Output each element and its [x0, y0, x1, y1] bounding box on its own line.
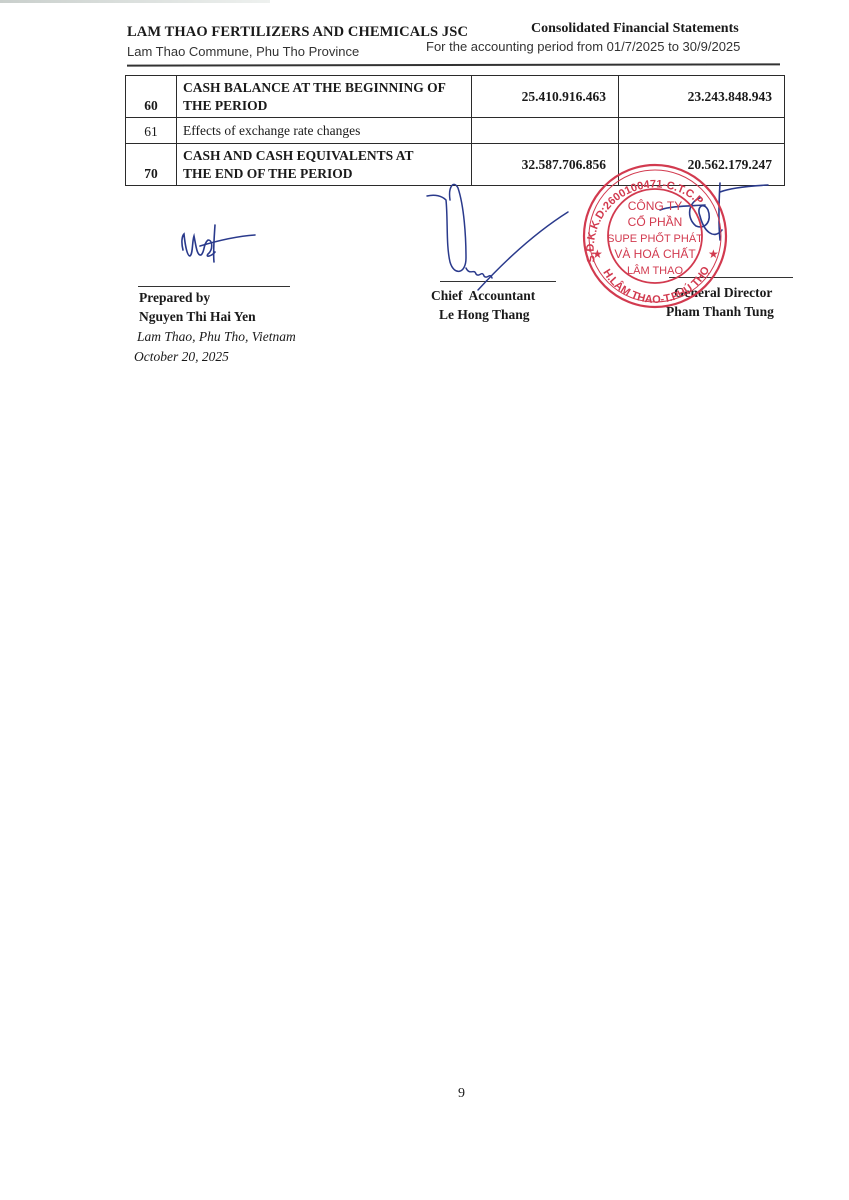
- accounting-period: For the accounting period from 01/7/2025…: [426, 39, 740, 54]
- prior-period-value: 23.243.848.943: [619, 76, 785, 118]
- row-description-line: THE END OF THE PERIOD: [183, 165, 465, 183]
- chief-accountant-role: Chief Accountant: [431, 288, 535, 304]
- stamp-line: VÀ HOÁ CHẤT: [614, 246, 696, 261]
- preparer-signature-line: [138, 286, 290, 287]
- row-description-line: CASH BALANCE AT THE BEGINNING OF: [183, 79, 465, 97]
- stamp-line: CÔNG TY: [628, 198, 682, 213]
- row-description: CASH BALANCE AT THE BEGINNING OFTHE PERI…: [177, 76, 472, 118]
- table-row: 70CASH AND CASH EQUIVALENTS ATTHE END OF…: [126, 144, 785, 186]
- cash-flow-table: 60CASH BALANCE AT THE BEGINNING OFTHE PE…: [125, 75, 785, 186]
- general-director-block: General Director Pham Thanh Tung: [674, 285, 774, 320]
- prior-period-value: [619, 118, 785, 144]
- svg-text:★: ★: [592, 247, 603, 261]
- preparer-date: October 20, 2025: [134, 349, 229, 365]
- chief-accountant-signature-icon: [427, 184, 568, 290]
- preparer-name: Nguyen Thi Hai Yen: [139, 309, 256, 325]
- stamp-line: LÂM THAO: [627, 264, 683, 277]
- current-period-value: 32.587.706.856: [472, 144, 619, 186]
- stamp-line: CỔ PHẦN: [628, 214, 683, 229]
- preparer-signature-icon: [182, 225, 255, 262]
- general-director-signature-icon: [660, 183, 768, 240]
- row-code: 70: [126, 144, 177, 186]
- scan-edge-shade: [0, 0, 270, 3]
- statement-title: Consolidated Financial Statements: [531, 21, 739, 37]
- chief-accountant-block: Chief Accountant Le Hong Thang: [431, 288, 535, 323]
- row-description-line: THE PERIOD: [183, 97, 465, 115]
- general-director-signature-line: [669, 277, 793, 278]
- preparer-location: Lam Thao, Phu Tho, Vietnam: [137, 329, 296, 345]
- general-director-role: General Director: [674, 285, 774, 301]
- company-name: LAM THAO FERTILIZERS AND CHEMICALS JSC: [127, 24, 468, 41]
- row-code: 60: [126, 76, 177, 118]
- chief-accountant-signature-line: [440, 281, 556, 282]
- row-code: 61: [126, 118, 177, 144]
- page-number: 9: [458, 1086, 465, 1102]
- row-description: CASH AND CASH EQUIVALENTS ATTHE END OF T…: [177, 144, 472, 186]
- chief-accountant-name: Le Hong Thang: [439, 307, 535, 323]
- table-row: 60CASH BALANCE AT THE BEGINNING OFTHE PE…: [126, 76, 785, 118]
- preparer-role: Prepared by: [139, 290, 256, 306]
- current-period-value: [472, 118, 619, 144]
- row-description: Effects of exchange rate changes: [177, 118, 472, 144]
- preparer-block: Prepared by Nguyen Thi Hai Yen: [139, 290, 256, 325]
- header-divider: [127, 63, 780, 66]
- company-address: Lam Thao Commune, Phu Tho Province: [127, 44, 359, 59]
- general-director-name: Pham Thanh Tung: [666, 304, 774, 320]
- current-period-value: 25.410.916.463: [472, 76, 619, 118]
- svg-text:★: ★: [708, 247, 719, 261]
- row-description-line: CASH AND CASH EQUIVALENTS AT: [183, 147, 465, 165]
- row-description-line: Effects of exchange rate changes: [183, 122, 465, 140]
- stamp-line: SUPE PHỐT PHÁT: [607, 231, 703, 245]
- table-row: 61Effects of exchange rate changes: [126, 118, 785, 144]
- svg-text:S.Đ.K.K.D:2600100471-C.T.C.P: S.Đ.K.K.D:2600100471-C.T.C.P: [585, 178, 706, 263]
- prior-period-value: 20.562.179.247: [619, 144, 785, 186]
